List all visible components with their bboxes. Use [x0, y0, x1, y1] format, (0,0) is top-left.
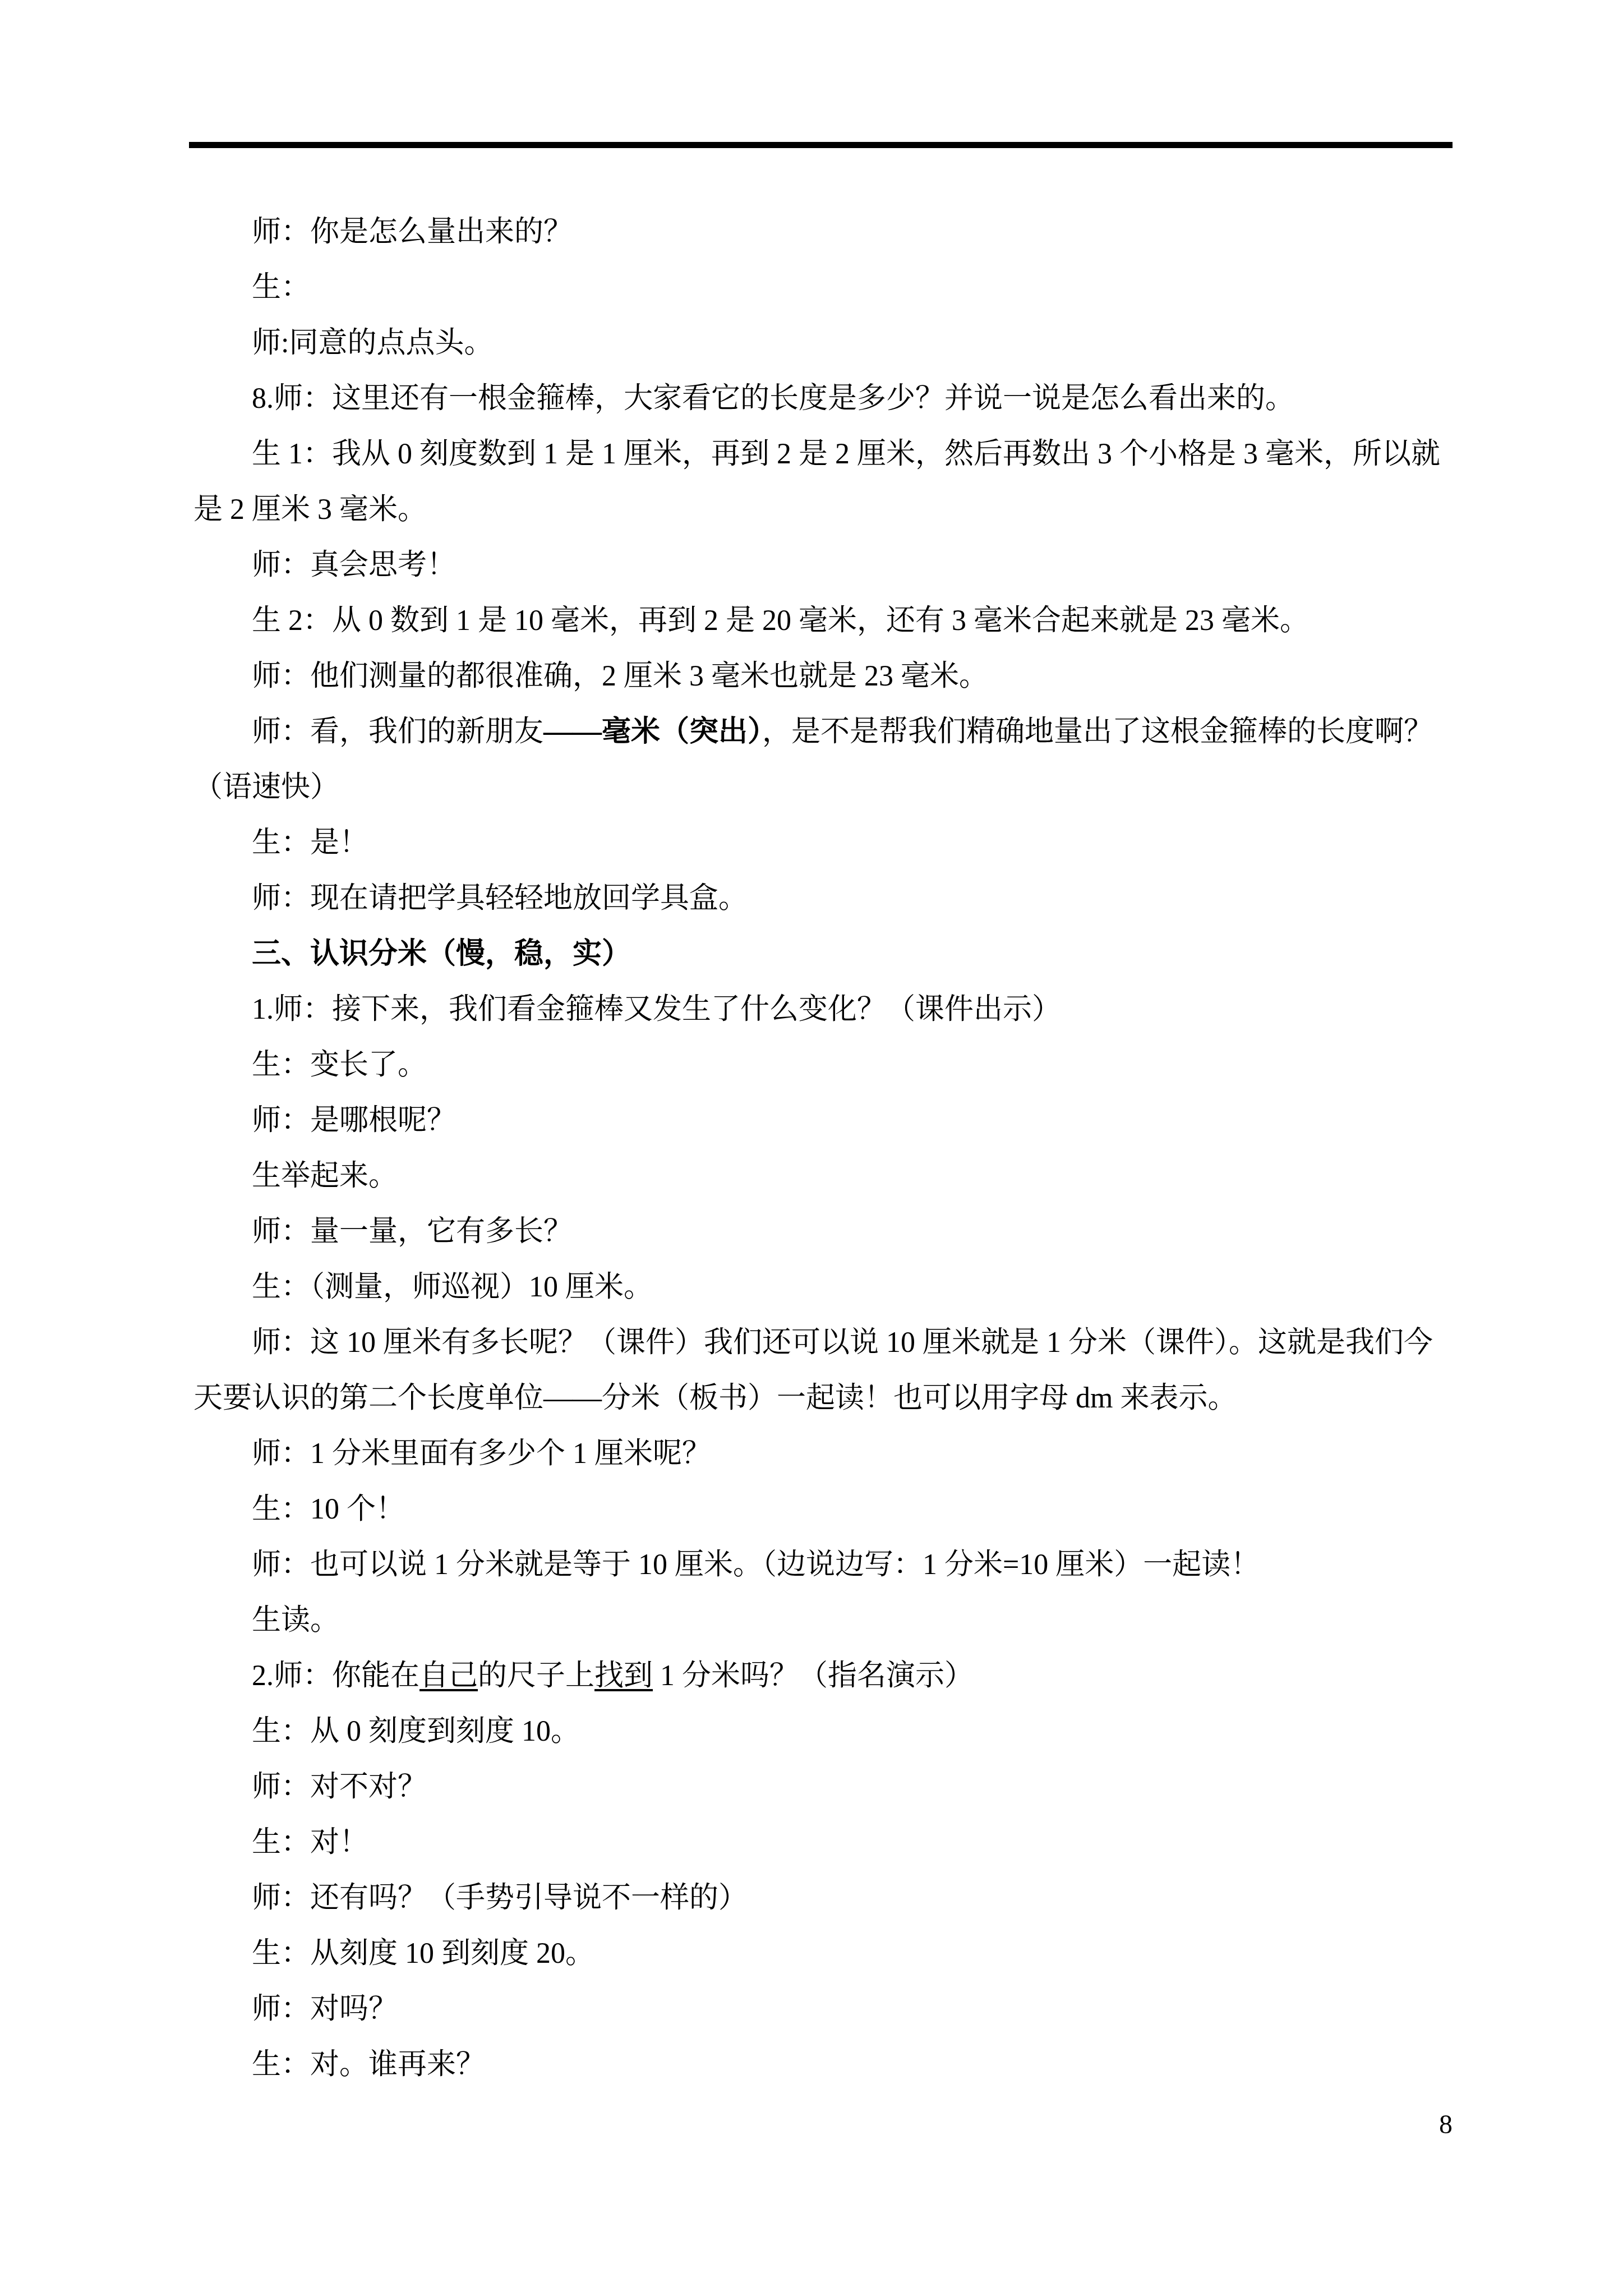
text-segment: 生： — [252, 272, 310, 303]
text-segment: 生：从刻度 10 到刻度 20。 — [252, 1938, 594, 1970]
text-segment: 师：1 分米里面有多少个 1 厘米呢？ — [252, 1438, 711, 1470]
text-segment: （语速快） — [193, 771, 339, 803]
text-segment: 1.师：接下来，我们看金箍棒又发生了什么变化？（课件出示） — [252, 993, 1061, 1025]
text-segment: 生：（测量，师巡视）10 厘米。 — [252, 1271, 653, 1303]
text-line: 生：10 个！ — [193, 1481, 1453, 1537]
document-page: 师：你是怎么量出来的？生：师:同意的点点头。8.师：这里还有一根金箍棒，大家看它… — [0, 0, 1623, 2296]
text-line: 师:同意的点点头。 — [193, 315, 1453, 371]
text-segment: 生：对。谁再来？ — [252, 2049, 485, 2081]
text-segment: 生：是！ — [252, 827, 368, 859]
text-line: 生：变长了。 — [193, 1037, 1453, 1093]
text-line: 师：他们测量的都很准确，2 厘米 3 毫米也就是 23 毫米。 — [193, 648, 1453, 704]
text-line: 生：从 0 刻度到刻度 10。 — [193, 1704, 1453, 1759]
text-segment: 师：也可以说 1 分米就是等于 10 厘米。（边说边写：1 分米=10 厘米）一… — [252, 1549, 1260, 1581]
text-segment: 师:同意的点点头。 — [252, 327, 493, 359]
page-number: 8 — [193, 2097, 1453, 2152]
text-line: 生：对！ — [193, 1815, 1453, 1870]
text-segment: 师：是哪根呢？ — [252, 1105, 456, 1137]
document-body: 师：你是怎么量出来的？生：师:同意的点点头。8.师：这里还有一根金箍棒，大家看它… — [193, 204, 1453, 2092]
text-line: 生读。 — [193, 1593, 1453, 1648]
text-line: 师：是哪根呢？ — [193, 1093, 1453, 1148]
text-segment: 师：对吗？ — [252, 1993, 398, 2025]
text-line: 生举起来。 — [193, 1148, 1453, 1204]
header-rule — [189, 142, 1453, 148]
text-segment: 师：对不对？ — [252, 1771, 427, 1803]
text-line: 生：从刻度 10 到刻度 20。 — [193, 1926, 1453, 1981]
text-line: 1.师：接下来，我们看金箍棒又发生了什么变化？（课件出示） — [193, 982, 1453, 1037]
text-segment: 三、认识分米（慢，稳，实） — [252, 938, 631, 970]
text-segment: 生读。 — [252, 1604, 339, 1636]
text-line: 师：也可以说 1 分米就是等于 10 厘米。（边说边写：1 分米=10 厘米）一… — [193, 1537, 1453, 1593]
underlined-text: 自己 — [419, 1660, 478, 1692]
text-segment: 生：变长了。 — [252, 1049, 427, 1081]
text-segment: 师：真会思考！ — [252, 549, 456, 581]
text-line: 生：是！ — [193, 815, 1453, 871]
underlined-text: 找到 — [594, 1660, 653, 1692]
text-segment: 1 分米吗？（指名演示） — [653, 1660, 974, 1692]
text-line: 师：1 分米里面有多少个 1 厘米呢？ — [193, 1426, 1453, 1481]
text-segment: 师：看，我们的新朋友 — [252, 716, 543, 748]
text-segment: 师：你是怎么量出来的？ — [252, 216, 573, 248]
text-segment: 是 2 厘米 3 毫米。 — [193, 494, 427, 526]
text-segment: 生 1：我从 0 刻度数到 1 是 1 厘米，再到 2 是 2 厘米，然后再数出… — [252, 438, 1440, 470]
text-segment: 生举起来。 — [252, 1160, 398, 1192]
text-line: 师：对不对？ — [193, 1759, 1453, 1815]
text-line: 生 2：从 0 数到 1 是 10 毫米，再到 2 是 20 毫米，还有 3 毫… — [193, 593, 1453, 648]
text-line: 8.师：这里还有一根金箍棒，大家看它的长度是多少？并说一说是怎么看出来的。 — [193, 371, 1453, 426]
text-line: 生 1：我从 0 刻度数到 1 是 1 厘米，再到 2 是 2 厘米，然后再数出… — [193, 426, 1453, 482]
text-segment: 师：量一量，它有多长？ — [252, 1216, 573, 1248]
text-segment: 天要认识的第二个长度单位——分米（板书）一起读！也可以用字母 dm 来表示。 — [193, 1382, 1237, 1414]
text-line: 师：量一量，它有多长？ — [193, 1204, 1453, 1259]
text-line: （语速快） — [193, 760, 1453, 815]
text-line: 师：看，我们的新朋友——毫米（突出），是不是帮我们精确地量出了这根金箍棒的长度啊… — [193, 704, 1453, 760]
text-segment: 2.师：你能在 — [252, 1660, 419, 1692]
text-line: 师：对吗？ — [193, 1981, 1453, 2037]
text-segment: 生 2：从 0 数到 1 是 10 毫米，再到 2 是 20 毫米，还有 3 毫… — [252, 605, 1309, 637]
text-line: 生：对。谁再来？ — [193, 2037, 1453, 2092]
text-line: 师：现在请把学具轻轻地放回学具盒。 — [193, 871, 1453, 926]
text-line: 师：真会思考！ — [193, 537, 1453, 593]
text-segment: 生：10 个！ — [252, 1493, 405, 1525]
text-segment: 师：现在请把学具轻轻地放回学具盒。 — [252, 882, 748, 914]
emphasis-bold-text: ——毫米（突出） — [543, 716, 762, 748]
text-line: 师：这 10 厘米有多长呢？（课件）我们还可以说 10 厘米就是 1 分米（课件… — [193, 1315, 1453, 1370]
text-line: 师：你是怎么量出来的？ — [193, 204, 1453, 260]
text-line: 2.师：你能在自己的尺子上找到 1 分米吗？（指名演示） — [193, 1648, 1453, 1704]
text-line: 生：（测量，师巡视）10 厘米。 — [193, 1259, 1453, 1315]
text-segment: 师：他们测量的都很准确，2 厘米 3 毫米也就是 23 毫米。 — [252, 660, 988, 692]
text-line: 生： — [193, 260, 1453, 315]
text-line: 天要认识的第二个长度单位——分米（板书）一起读！也可以用字母 dm 来表示。 — [193, 1370, 1453, 1426]
text-segment: 的尺子上 — [478, 1660, 594, 1692]
text-line: 是 2 厘米 3 毫米。 — [193, 482, 1453, 537]
text-line: 师：还有吗？（手势引导说不一样的） — [193, 1870, 1453, 1926]
text-segment: 生：从 0 刻度到刻度 10。 — [252, 1715, 580, 1747]
text-segment: ，是不是帮我们精确地量出了这根金箍棒的长度啊？ — [762, 716, 1433, 748]
text-segment: 师：这 10 厘米有多长呢？（课件）我们还可以说 10 厘米就是 1 分米（课件… — [252, 1327, 1433, 1359]
text-segment: 师：还有吗？（手势引导说不一样的） — [252, 1882, 748, 1914]
text-segment: 8.师：这里还有一根金箍棒，大家看它的长度是多少？并说一说是怎么看出来的。 — [252, 383, 1294, 415]
section-heading: 三、认识分米（慢，稳，实） — [193, 926, 1453, 982]
text-segment: 生：对！ — [252, 1826, 368, 1858]
